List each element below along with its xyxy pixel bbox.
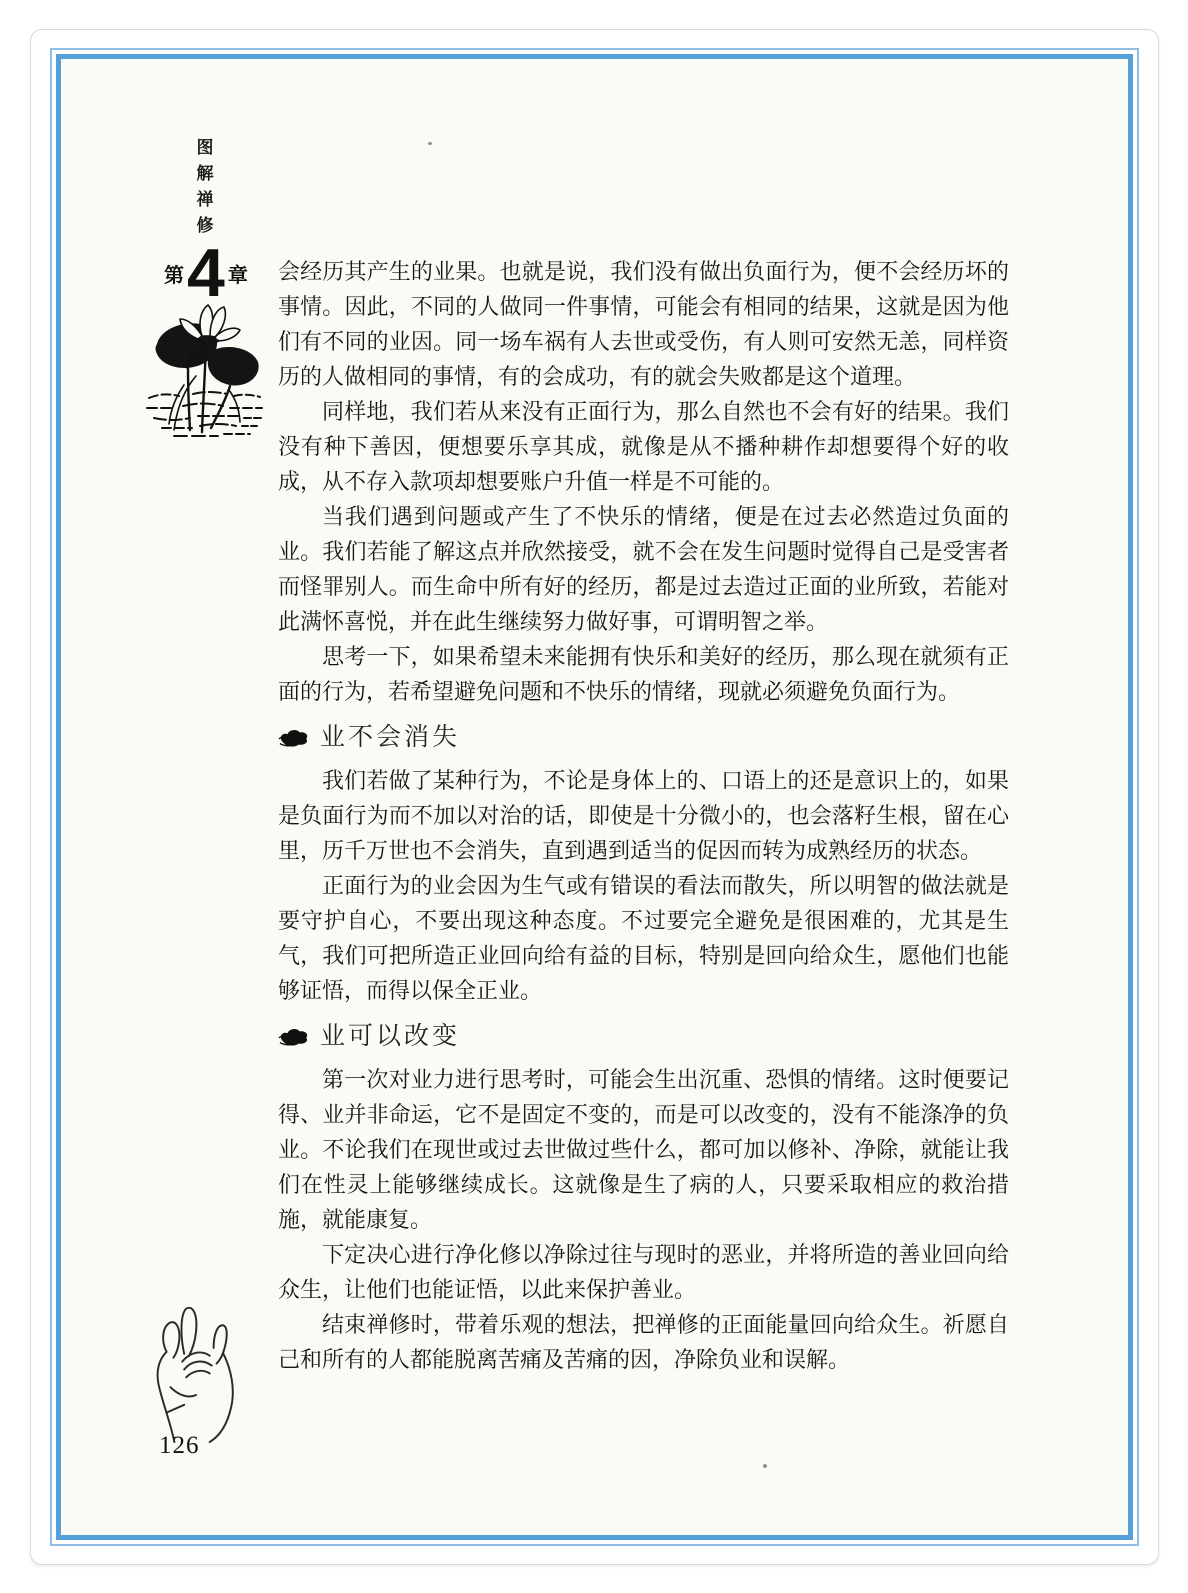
- lotus-bullet-icon: [278, 1026, 310, 1048]
- section-heading: 业不会消失: [278, 722, 1009, 754]
- paragraph: 同样地，我们若从来没有正面行为，那么自然也不会有好的结果。我们没有种下善因，便想…: [278, 394, 1009, 499]
- paragraph: 我们若做了某种行为，不论是身体上的、口语上的还是意识上的，如果是负面行为而不加以…: [278, 763, 1009, 868]
- page-number: 126: [159, 1432, 200, 1460]
- paragraph: 下定决心进行净化修以净除过往与现时的恶业，并将所造的善业回向给众生，让他们也能证…: [278, 1237, 1009, 1307]
- chapter-prefix: 第: [164, 259, 184, 288]
- paragraph: 正面行为的业会因为生气或有错误的看法而散失，所以明智的做法就是要守护自心，不要出…: [278, 868, 1009, 1008]
- paragraph: 第一次对业力进行思考时，可能会生出沉重、恐惧的情绪。这时便要记得、业并非命运，它…: [278, 1062, 1009, 1237]
- book-page: 图 解 禅 修 第 4 章: [30, 29, 1159, 1565]
- body-text-column: 会经历其产生的业果。也就是说，我们没有做出负面行为，便不会经历坏的事情。因此，不…: [278, 254, 1009, 1377]
- chapter-number: 4: [187, 239, 225, 307]
- scan-speck: [763, 1464, 767, 1468]
- lotus-bullet-icon: [278, 727, 310, 749]
- lotus-pond-illustration: [144, 302, 272, 449]
- chapter-marker: 第 4 章: [164, 242, 248, 304]
- mudra-hand-illustration: [136, 1293, 251, 1450]
- scan-speck: [428, 142, 432, 145]
- paragraph: 当我们遇到问题或产生了不快乐的情绪，便是在过去必然造过负面的业。我们若能了解这点…: [278, 499, 1009, 639]
- paragraph: 会经历其产生的业果。也就是说，我们没有做出负面行为，便不会经历坏的事情。因此，不…: [278, 254, 1009, 394]
- book-title-vertical: 图 解 禅 修: [194, 135, 216, 239]
- section-heading-label: 业不会消失: [320, 722, 460, 754]
- lotus-icon: [144, 302, 272, 444]
- paragraph: 思考一下，如果希望未来能拥有快乐和美好的经历，那么现在就须有正面的行为，若希望避…: [278, 639, 1009, 709]
- paragraph: 结束禅修时，带着乐观的想法，把禅修的正面能量回向给众生。祈愿自己和所有的人都能脱…: [278, 1307, 1009, 1377]
- section-heading-label: 业可以改变: [320, 1021, 460, 1053]
- book-title-char: 解: [194, 161, 216, 187]
- mudra-hand-icon: [136, 1293, 251, 1445]
- section-heading: 业可以改变: [278, 1021, 1009, 1053]
- chapter-suffix: 章: [228, 259, 248, 288]
- book-title-char: 禅: [194, 187, 216, 213]
- book-title-char: 图: [194, 135, 216, 161]
